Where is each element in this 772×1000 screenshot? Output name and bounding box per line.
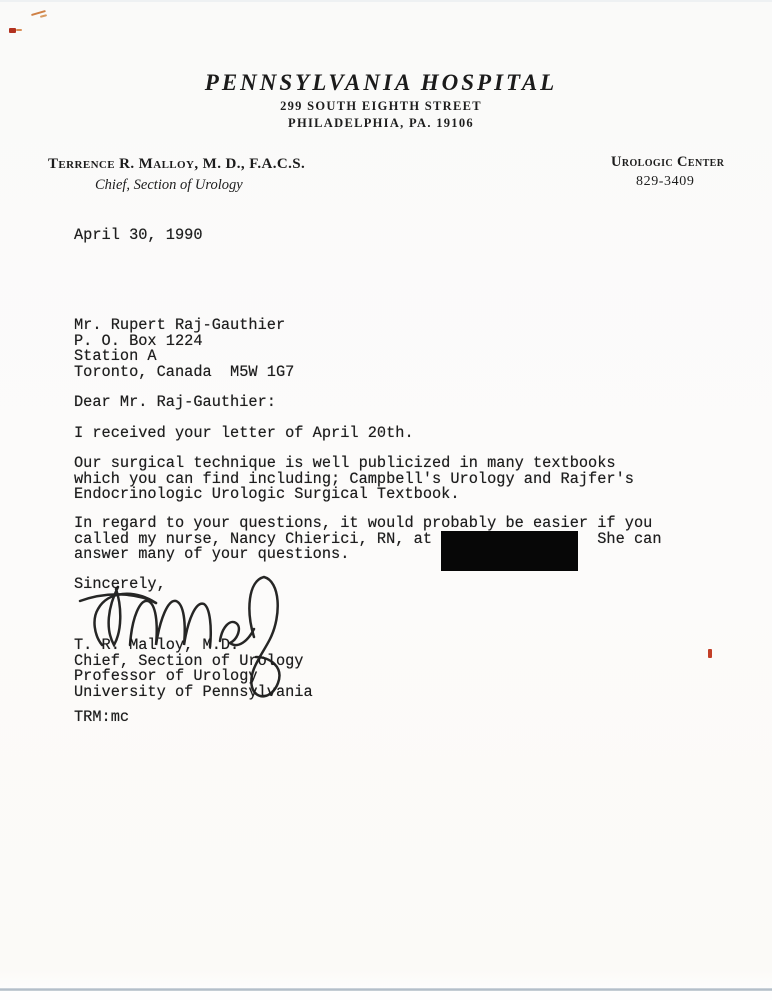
signature-block: T. R. Malloy, M.D. Chief, Section of Uro…: [74, 638, 313, 700]
recipient-address: Mr. Rupert Raj-Gauthier P. O. Box 1224 S…: [74, 318, 294, 380]
red-pen-mark-icon: [40, 14, 47, 18]
salutation: Dear Mr. Raj-Gauthier:: [74, 395, 276, 411]
doctor-name: Terrence R. Malloy, M. D., F.A.C.S.: [48, 156, 305, 173]
hospital-city: PHILADELPHIA, PA. 19106: [0, 116, 762, 131]
hospital-name: PENNSYLVANIA HOSPITAL: [0, 70, 762, 96]
paragraph: I received your letter of April 20th.: [74, 426, 414, 442]
letter-date: April 30, 1990: [74, 228, 203, 244]
scan-margin-bottom: [0, 991, 772, 1000]
red-pen-dot-icon: [16, 29, 22, 31]
scan-edge-top: [0, 0, 772, 2]
scanned-letter-page: PENNSYLVANIA HOSPITAL 299 SOUTH EIGHTH S…: [0, 0, 772, 1000]
department-name: Urologic Center: [611, 154, 724, 171]
redaction-box: [441, 531, 578, 571]
hospital-street: 299 SOUTH EIGHTH STREET: [0, 99, 762, 114]
red-pen-tick-icon: [708, 649, 712, 658]
department-phone: 829-3409: [636, 174, 694, 190]
typist-initials: TRM:mc: [74, 710, 129, 726]
red-pen-dot-icon: [9, 28, 16, 33]
paragraph: Our surgical technique is well publicize…: [74, 456, 634, 503]
doctor-title: Chief, Section of Urology: [95, 177, 243, 194]
